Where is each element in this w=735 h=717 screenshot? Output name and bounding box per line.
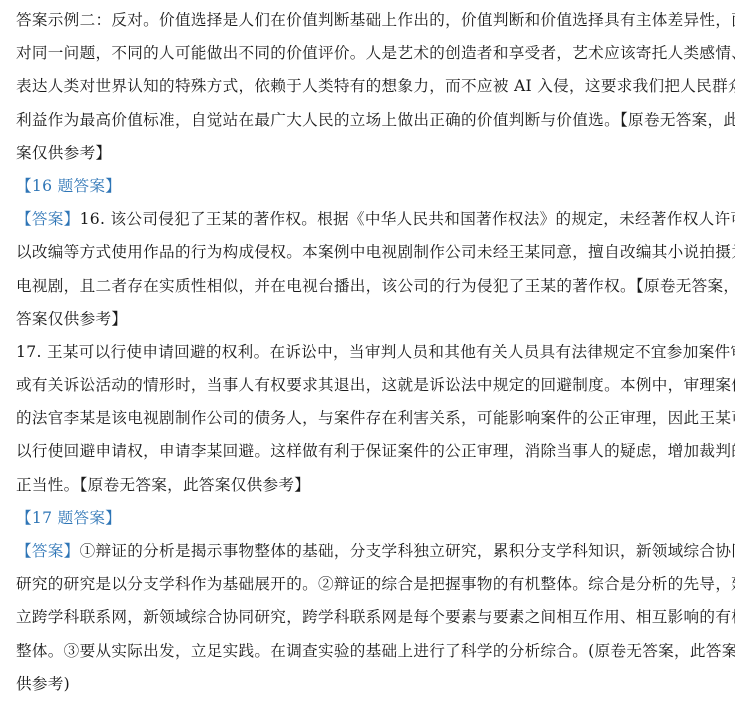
text-line: 答案仅供参考】 — [16, 303, 719, 336]
text-span: ①辩证的分析是揭示事物整体的基础，分支学科独立研究，累积分支学科知识，新领域综合… — [80, 542, 735, 560]
text-line: 【答案】①辩证的分析是揭示事物整体的基础，分支学科独立研究，累积分支学科知识，新… — [16, 535, 719, 568]
answer-label: 【答案】 — [16, 542, 80, 560]
question-17-answer: 【17 题答案】 【答案】①辩证的分析是揭示事物整体的基础，分支学科独立研究，累… — [16, 502, 719, 701]
text-line: 案仅供参考】 — [16, 137, 719, 170]
text-span: 16. 该公司侵犯了王某的著作权。根据《中华人民共和国著作权法》的规定，未经著作… — [80, 210, 735, 228]
text-line: 研究的研究是以分支学科作为基础展开的。②辩证的综合是把握事物的有机整体。综合是分… — [16, 568, 719, 601]
section-heading: 【17 题答案】 — [16, 502, 719, 535]
answer-label: 【答案】 — [16, 210, 80, 228]
text-line: 正当性。【原卷无答案，此答案仅供参考】 — [16, 469, 719, 502]
text-line: 整体。③要从实际出发，立足实践。在调查实验的基础上进行了科学的分析综合。(原卷无… — [16, 635, 719, 668]
text-line: 【答案】16. 该公司侵犯了王某的著作权。根据《中华人民共和国著作权法》的规定，… — [16, 203, 719, 236]
text-line: 17. 王某可以行使申请回避的权利。在诉讼中，当审判人员和其他有关人员具有法律规… — [16, 336, 719, 369]
text-line: 对同一问题，不同的人可能做出不同的价值评价。人是艺术的创造者和享受者，艺术应该寄… — [16, 37, 719, 70]
text-line: 立跨学科联系网，新领域综合协同研究，跨学科联系网是每个要素与要素之间相互作用、相… — [16, 601, 719, 634]
text-line: 表达人类对世界认知的特殊方式，依赖于人类特有的想象力，而不应被 AI 入侵，这要… — [16, 70, 719, 103]
question-16-answer: 【16 题答案】 【答案】16. 该公司侵犯了王某的著作权。根据《中华人民共和国… — [16, 170, 719, 502]
text-line: 利益作为最高价值标准，自觉站在最广大人民的立场上做出正确的价值判断与价值选。【原… — [16, 104, 719, 137]
text-line: 以改编等方式使用作品的行为构成侵权。本案例中电视剧制作公司未经王某同意，擅自改编… — [16, 236, 719, 269]
text-line: 的法官李某是该电视剧制作公司的债务人，与案件存在利害关系，可能影响案件的公正审理… — [16, 402, 719, 435]
text-line: 电视剧，且二者存在实质性相似，并在电视台播出，该公司的行为侵犯了王某的著作权。【… — [16, 270, 719, 303]
text-line: 答案示例二：反对。价值选择是人们在价值判断基础上作出的，价值判断和价值选择具有主… — [16, 4, 719, 37]
section-heading: 【16 题答案】 — [16, 170, 719, 203]
text-line: 或有关诉讼活动的情形时，当事人有权要求其退出，这就是诉讼法中规定的回避制度。本例… — [16, 369, 719, 402]
text-line: 以行使回避申请权，申请李某回避。这样做有利于保证案件的公正审理，消除当事人的疑虑… — [16, 435, 719, 468]
text-line: 供参考) — [16, 668, 719, 701]
answer-example-2: 答案示例二：反对。价值选择是人们在价值判断基础上作出的，价值判断和价值选择具有主… — [16, 4, 719, 170]
document-page: 答案示例二：反对。价值选择是人们在价值判断基础上作出的，价值判断和价值选择具有主… — [0, 0, 735, 701]
